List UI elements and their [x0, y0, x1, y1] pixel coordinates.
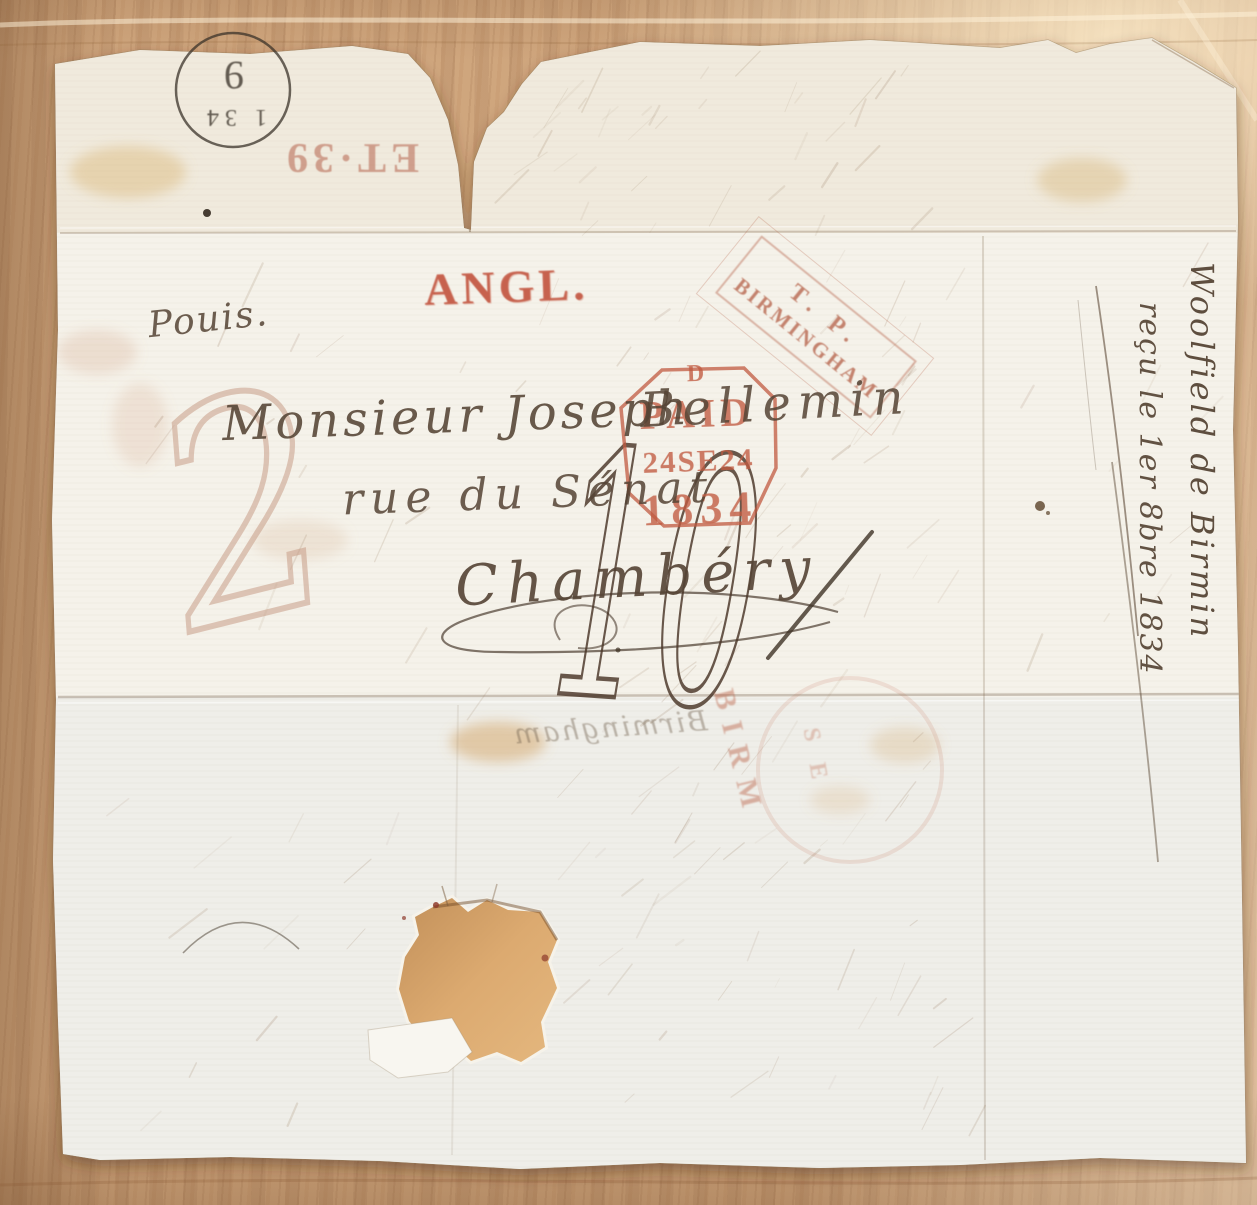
wax-residue-fleck — [402, 916, 406, 920]
docket-line2: reçu le 1er 8bre 1834 — [1134, 302, 1164, 676]
backstamp-arc-text: 1 34 — [201, 103, 267, 130]
wax-residue-fleck — [542, 955, 549, 962]
docket-line1: Woolfield de Birmin — [1186, 262, 1218, 640]
angleterre-mark: ANGL. — [423, 261, 589, 313]
photo-scene: 2 10 1 34 9 ET·39 ANGL. T. P. BIRMINGHAM… — [0, 0, 1257, 1205]
wax-residue-fleck — [433, 902, 439, 908]
entry-mark-et39: ET·39 — [282, 136, 419, 178]
backstamp-cds: 1 34 9 — [176, 52, 292, 130]
address-line1b: Bellemin — [639, 373, 912, 435]
backstamp-center-text: 9 — [224, 52, 244, 99]
address-line2: rue du Sénat — [341, 466, 715, 523]
